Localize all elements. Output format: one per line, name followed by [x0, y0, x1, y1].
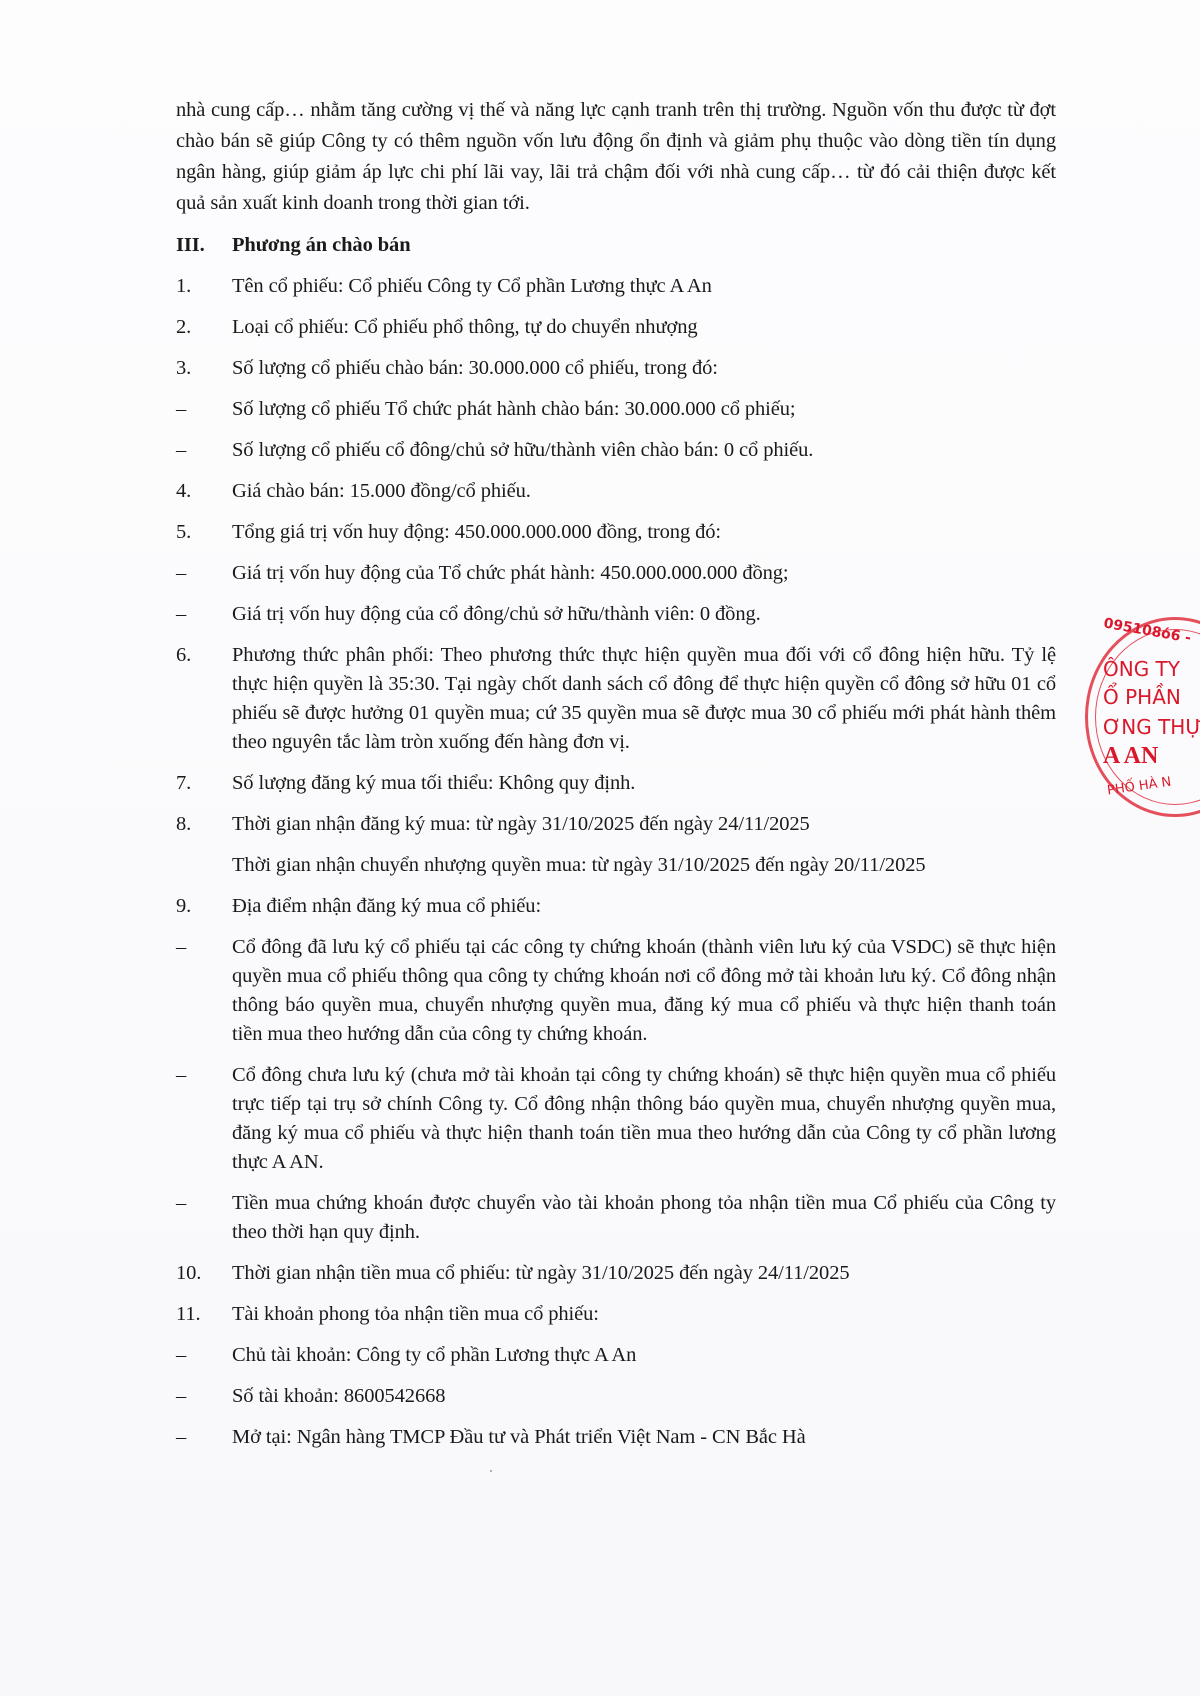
bullet-item: –Giá trị vốn huy động của Tổ chức phát h…: [176, 559, 1056, 588]
numbered-item: 5.Tổng giá trị vốn huy động: 450.000.000…: [176, 518, 1056, 547]
bullet-item: –Chủ tài khoản: Công ty cổ phần Lương th…: [176, 1341, 1056, 1370]
item-text: Giá chào bán: 15.000 đồng/cổ phiếu.: [232, 477, 1056, 506]
item-marker: 10.: [176, 1259, 232, 1288]
item-marker: –: [176, 1189, 232, 1247]
item-marker: –: [176, 436, 232, 465]
numbered-item: 9.Địa điểm nhận đăng ký mua cổ phiếu:: [176, 892, 1056, 921]
stamp-inner-ring: [1095, 629, 1200, 805]
item-marker: [176, 851, 232, 880]
item-marker: –: [176, 395, 232, 424]
item-marker: 5.: [176, 518, 232, 547]
item-text: Số tài khoản: 8600542668: [232, 1382, 1056, 1411]
bullet-item: –Số lượng cổ phiếu Tổ chức phát hành chà…: [176, 395, 1056, 424]
item-marker: –: [176, 600, 232, 629]
item-text: Loại cổ phiếu: Cổ phiếu phổ thông, tự do…: [232, 313, 1056, 342]
bullet-item: –Giá trị vốn huy động của cổ đông/chủ sở…: [176, 600, 1056, 629]
stamp-line-1: ÔNG TY: [1103, 657, 1180, 681]
item-text: Phương thức phân phối: Theo phương thức …: [232, 641, 1056, 757]
document-body: nhà cung cấp… nhằm tăng cường vị thế và …: [176, 95, 1056, 1452]
offering-plan-list: 1.Tên cổ phiếu: Cổ phiếu Công ty Cổ phần…: [176, 260, 1056, 1452]
item-marker: –: [176, 1341, 232, 1370]
stamp-line-4: A AN: [1103, 743, 1158, 770]
item-marker: 8.: [176, 810, 232, 839]
item-text: Chủ tài khoản: Công ty cổ phần Lương thự…: [232, 1341, 1056, 1370]
section-heading: III. Phương án chào bán: [176, 231, 1056, 260]
stamp-line-2: Ổ PHẦN: [1103, 685, 1181, 709]
company-seal-stamp: 095108ό6 - ÔNG TY Ổ PHẦN ƠNG THỰC A AN P…: [1085, 617, 1200, 817]
item-marker: 2.: [176, 313, 232, 342]
item-text: Tài khoản phong tỏa nhận tiền mua cổ phi…: [232, 1300, 1056, 1329]
item-text: Địa điểm nhận đăng ký mua cổ phiếu:: [232, 892, 1056, 921]
bullet-item: –Mở tại: Ngân hàng TMCP Đầu tư và Phát t…: [176, 1423, 1056, 1452]
numbered-item: 8.Thời gian nhận đăng ký mua: từ ngày 31…: [176, 810, 1056, 839]
item-text: Cổ đông đã lưu ký cổ phiếu tại các công …: [232, 933, 1056, 1049]
numbered-item: 4.Giá chào bán: 15.000 đồng/cổ phiếu.: [176, 477, 1056, 506]
numbered-item: 10.Thời gian nhận tiền mua cổ phiếu: từ …: [176, 1259, 1056, 1288]
item-marker: –: [176, 559, 232, 588]
item-text: Số lượng cổ phiếu chào bán: 30.000.000 c…: [232, 354, 1056, 383]
item-marker: –: [176, 1382, 232, 1411]
item-text: Số lượng cổ phiếu cổ đông/chủ sở hữu/thà…: [232, 436, 1056, 465]
numbered-item: 1.Tên cổ phiếu: Cổ phiếu Công ty Cổ phần…: [176, 272, 1056, 301]
bullet-item: –Cổ đông chưa lưu ký (chưa mở tài khoản …: [176, 1061, 1056, 1177]
item-marker: –: [176, 1423, 232, 1452]
numbered-item: 7.Số lượng đăng ký mua tối thiểu: Không …: [176, 769, 1056, 798]
item-text: Thời gian nhận đăng ký mua: từ ngày 31/1…: [232, 810, 1056, 839]
item-text: Tiền mua chứng khoán được chuyển vào tài…: [232, 1189, 1056, 1247]
item-text: Thời gian nhận tiền mua cổ phiếu: từ ngà…: [232, 1259, 1056, 1288]
bullet-item: –Tiền mua chứng khoán được chuyển vào tà…: [176, 1189, 1056, 1247]
scan-speck: [490, 1470, 492, 1472]
item-marker: 1.: [176, 272, 232, 301]
document-page: nhà cung cấp… nhằm tăng cường vị thế và …: [0, 0, 1200, 1696]
item-marker: 4.: [176, 477, 232, 506]
stamp-line-3: ƠNG THỰC: [1103, 715, 1200, 739]
item-marker: 7.: [176, 769, 232, 798]
stamp-registration-number: 095108ό6 -: [1102, 615, 1192, 646]
item-marker: 9.: [176, 892, 232, 921]
item-marker: 3.: [176, 354, 232, 383]
bullet-item: –Cổ đông đã lưu ký cổ phiếu tại các công…: [176, 933, 1056, 1049]
item-marker: 11.: [176, 1300, 232, 1329]
bullet-item: –Số tài khoản: 8600542668: [176, 1382, 1056, 1411]
stamp-bottom-text: PHỐ HÀ N: [1106, 775, 1172, 799]
item-text: Thời gian nhận chuyển nhượng quyền mua: …: [232, 851, 1056, 880]
item-text: Số lượng cổ phiếu Tổ chức phát hành chào…: [232, 395, 1056, 424]
section-title: Phương án chào bán: [232, 231, 1056, 260]
continuation-item: Thời gian nhận chuyển nhượng quyền mua: …: [176, 851, 1056, 880]
item-marker: 6.: [176, 641, 232, 757]
item-text: Cổ đông chưa lưu ký (chưa mở tài khoản t…: [232, 1061, 1056, 1177]
intro-paragraph: nhà cung cấp… nhằm tăng cường vị thế và …: [176, 95, 1056, 219]
item-text: Tên cổ phiếu: Cổ phiếu Công ty Cổ phần L…: [232, 272, 1056, 301]
item-marker: –: [176, 933, 232, 1049]
bullet-item: –Số lượng cổ phiếu cổ đông/chủ sở hữu/th…: [176, 436, 1056, 465]
numbered-item: 11.Tài khoản phong tỏa nhận tiền mua cổ …: [176, 1300, 1056, 1329]
item-text: Giá trị vốn huy động của Tổ chức phát hà…: [232, 559, 1056, 588]
item-text: Số lượng đăng ký mua tối thiểu: Không qu…: [232, 769, 1056, 798]
numbered-item: 2.Loại cổ phiếu: Cổ phiếu phổ thông, tự …: [176, 313, 1056, 342]
item-text: Tổng giá trị vốn huy động: 450.000.000.0…: [232, 518, 1056, 547]
item-text: Mở tại: Ngân hàng TMCP Đầu tư và Phát tr…: [232, 1423, 1056, 1452]
numbered-item: 3.Số lượng cổ phiếu chào bán: 30.000.000…: [176, 354, 1056, 383]
section-number: III.: [176, 231, 232, 260]
item-text: Giá trị vốn huy động của cổ đông/chủ sở …: [232, 600, 1056, 629]
numbered-item: 6.Phương thức phân phối: Theo phương thứ…: [176, 641, 1056, 757]
stamp-outer-ring: [1085, 617, 1200, 817]
item-marker: –: [176, 1061, 232, 1177]
